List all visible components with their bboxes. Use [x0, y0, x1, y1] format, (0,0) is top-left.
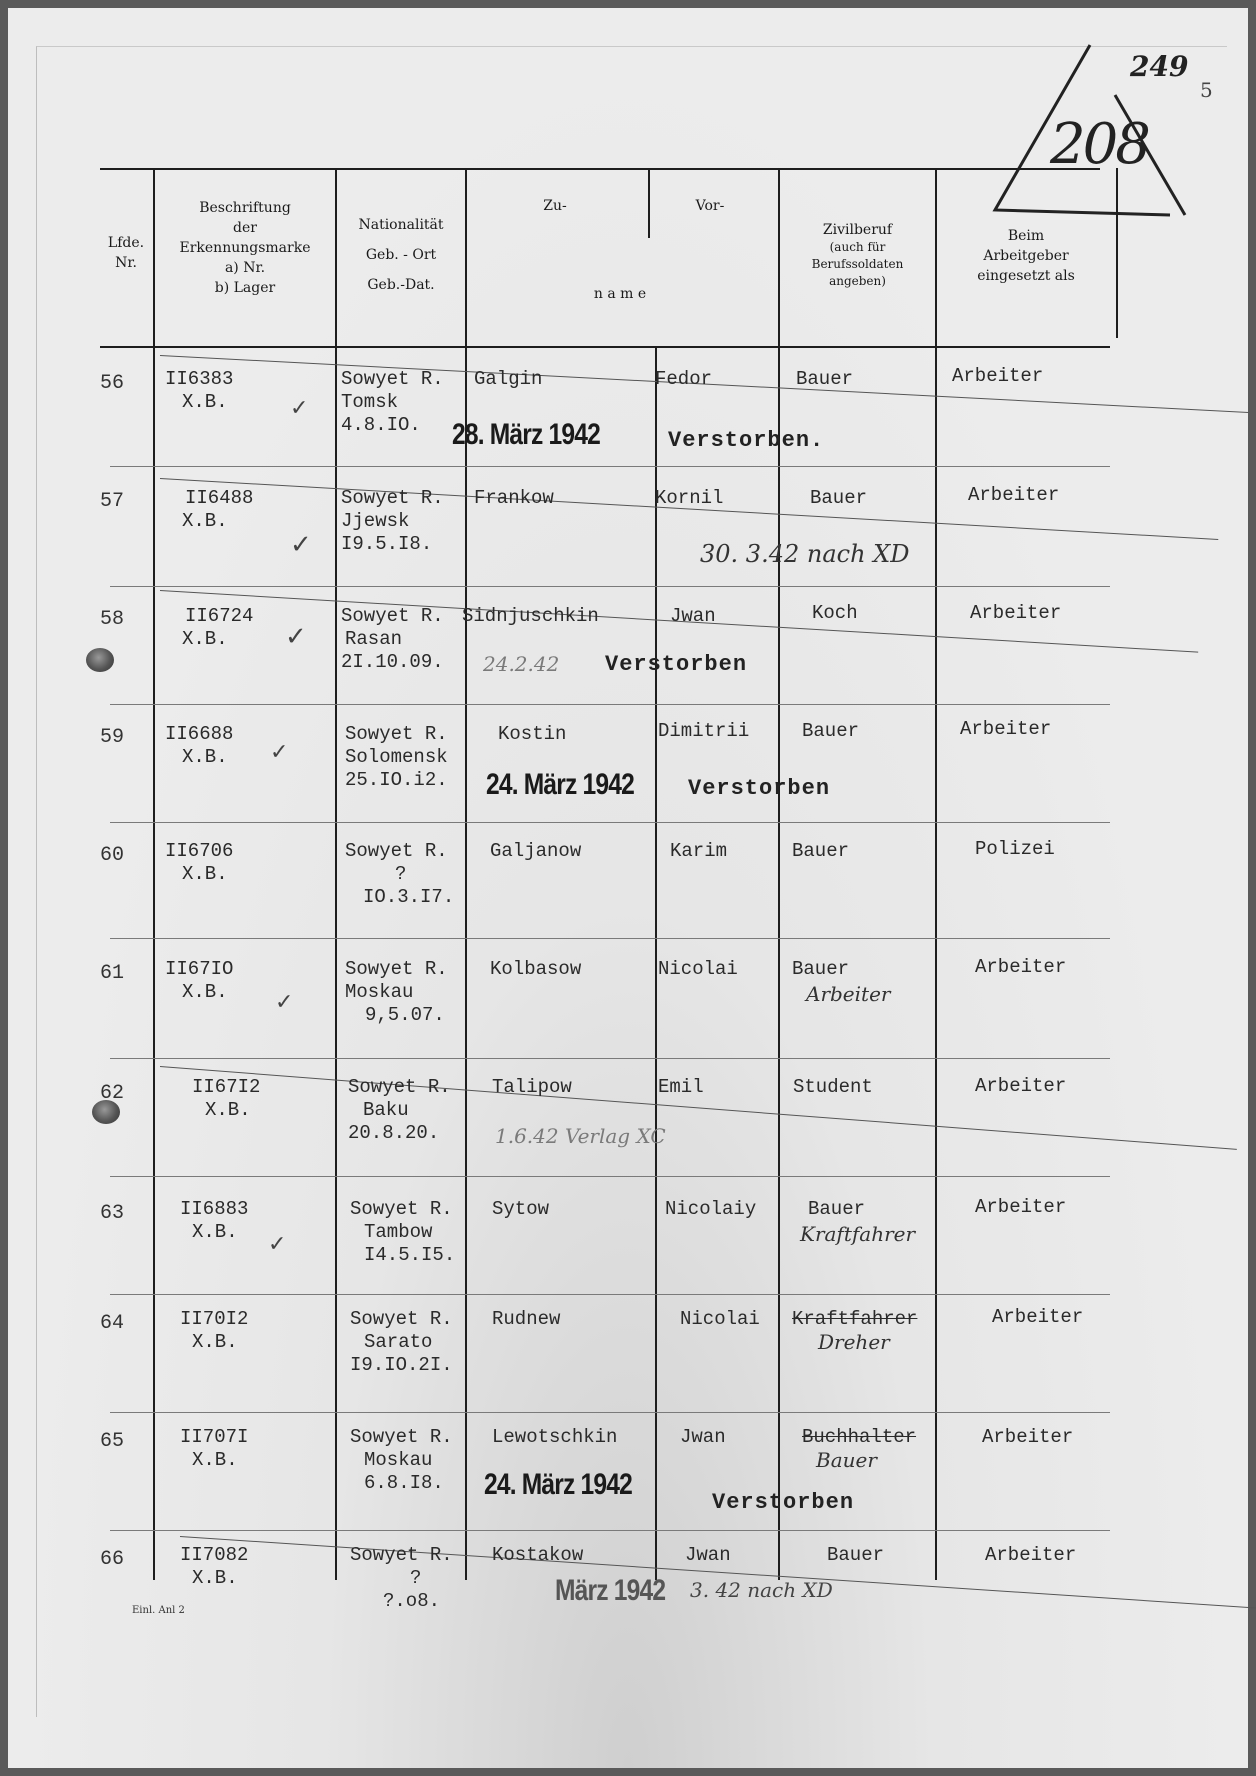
handwritten-correction: Arbeiter — [806, 982, 890, 1006]
header-zuname: Zu- — [470, 196, 640, 216]
header-lfd-nr: Lfde. Nr. — [100, 233, 152, 273]
status-note: Verstorben — [688, 776, 830, 801]
header-nationalitaet: Nationalität Geb. - Ort Geb.-Dat. — [337, 210, 465, 300]
checkmark-icon: ✓ — [285, 622, 307, 652]
status-note: Verstorben — [605, 652, 747, 677]
checkmark-icon: ✓ — [270, 740, 288, 765]
handwritten-note: 3. 42 nach XD — [690, 1578, 833, 1602]
status-note: Verstorben. — [668, 428, 824, 453]
handwritten-correction: Dreher — [818, 1330, 890, 1354]
date-stamp: März 1942 — [555, 1574, 665, 1608]
form-footer: Einl. Anl 2 — [132, 1605, 185, 1616]
handwritten-correction: Bauer — [816, 1448, 877, 1472]
checkmark-icon: ✓ — [290, 396, 308, 421]
handwritten-correction: Kraftfahrer — [800, 1222, 915, 1246]
handwritten-note: 30. 3.42 nach XD — [700, 540, 909, 568]
header-eingesetzt: Beim Arbeitgeber eingesetzt als — [937, 226, 1115, 286]
date-stamp: 28. März 1942 — [452, 418, 600, 452]
handwritten-note: 1.6.42 Verlag XC — [495, 1124, 666, 1148]
header-erkennungsmarke: Beschriftung der Erkennungsmarke a) Nr. … — [155, 198, 335, 298]
header-vorname: Vor- — [650, 196, 770, 216]
date-stamp: 24. März 1942 — [484, 1468, 632, 1502]
header-zivilberuf: Zivilberuf (auch für Berufssoldaten ange… — [780, 222, 935, 290]
checkmark-icon: ✓ — [275, 990, 293, 1015]
status-note: Verstorben — [712, 1490, 854, 1515]
header-name: n a m e — [470, 284, 770, 304]
date-stamp: 24. März 1942 — [486, 768, 634, 802]
handwritten-note: 24.2.42 — [483, 652, 559, 676]
checkmark-icon: ✓ — [268, 1232, 286, 1257]
checkmark-icon: ✓ — [290, 530, 312, 560]
